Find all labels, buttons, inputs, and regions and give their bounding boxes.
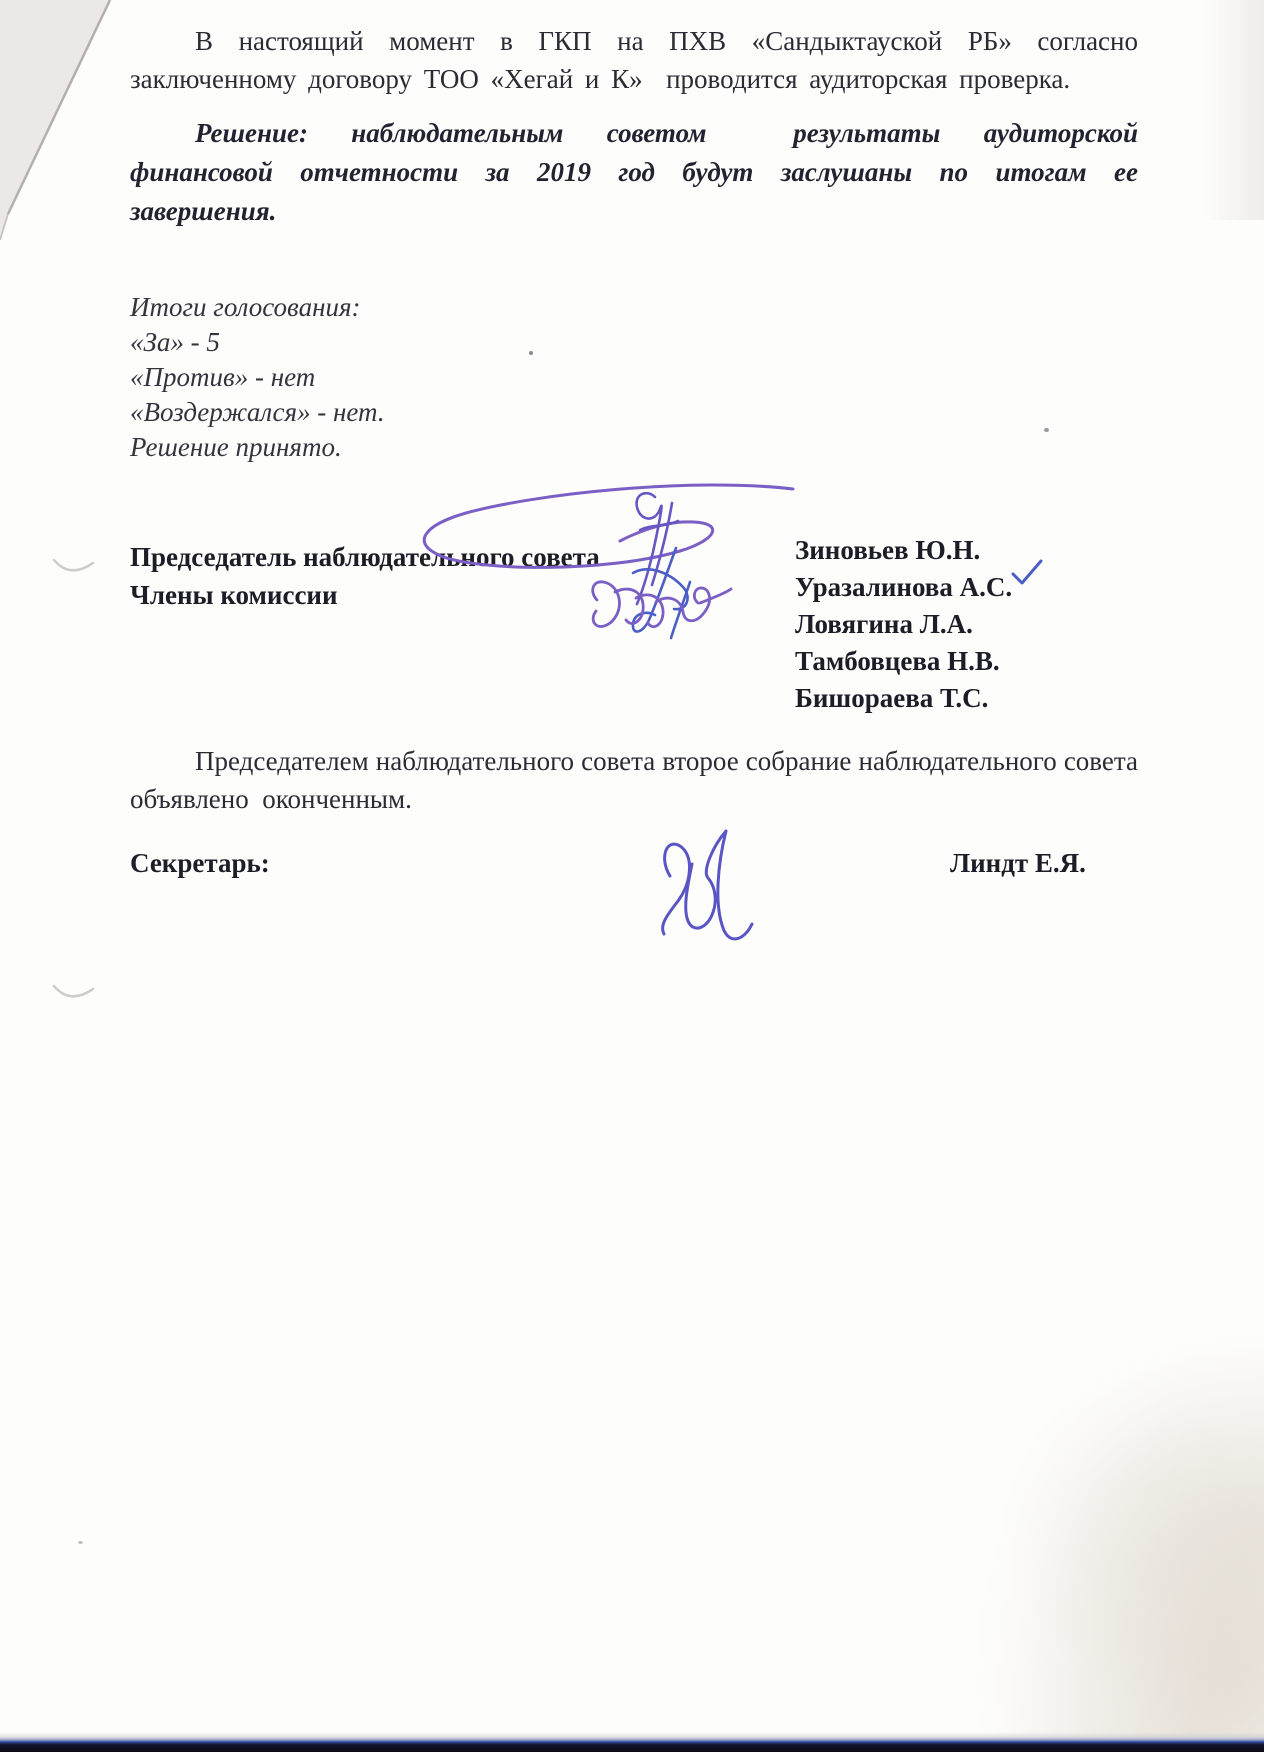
members-label: Члены комиссии <box>130 576 600 614</box>
voting-line-against: «Против» - нет <box>130 360 385 395</box>
member-signature-ink-1 <box>633 548 690 638</box>
closing-paragraph: Председателем наблюдательного совета вто… <box>130 742 1138 818</box>
scan-speck <box>1044 428 1049 432</box>
page-corner-fold <box>0 0 150 260</box>
signatory-name-bishoraeva: Бишораева Т.С. <box>795 680 1012 717</box>
signatory-name-tambovtseva: Тамбовцева Н.В. <box>795 643 1012 680</box>
signatory-name-lovyagina: Ловягина Л.А. <box>795 606 1012 643</box>
intro-paragraph: В настоящий момент в ГКП на ПХВ «Сандыкт… <box>130 22 1138 98</box>
scan-bottom-edge <box>0 1732 1264 1752</box>
scan-speck <box>78 1541 83 1544</box>
chairman-monogram-ink <box>637 493 678 604</box>
chairman-label: Председатель наблюдательного совета <box>130 538 600 576</box>
voting-line-for: «За» - 5 <box>130 325 385 360</box>
decision-paragraph: Решение: наблюдательным советом результа… <box>130 114 1138 231</box>
paper-texture-top-right <box>1204 0 1264 220</box>
signatory-labels: Председатель наблюдательного совета Член… <box>130 538 600 614</box>
signatory-name-zinovev: Зиновьев Ю.Н. <box>795 532 1012 569</box>
signatory-name-urazalinova: Уразалинова А.С. <box>795 569 1012 606</box>
paper-crumple-bottom-right <box>924 1278 1264 1738</box>
voting-line-abstained: «Воздержался» - нет. <box>130 395 385 430</box>
scanned-document-page: В настоящий момент в ГКП на ПХВ «Сандыкт… <box>0 0 1264 1752</box>
voting-title: Итоги голосования: <box>130 290 385 325</box>
approval-checkmark-ink <box>1013 561 1041 583</box>
secretary-signature-ink <box>663 831 752 939</box>
secretary-label: Секретарь: <box>130 848 270 879</box>
scanner-mark-upper <box>54 560 93 570</box>
member-signature-ink-2 <box>593 582 731 627</box>
scan-speck <box>529 351 533 355</box>
secretary-name: Линдт Е.Я. <box>950 848 1086 879</box>
signatory-names: Зиновьев Ю.Н. Уразалинова А.С. Ловягина … <box>795 532 1012 717</box>
scanner-mark-lower <box>54 986 93 996</box>
voting-results-block: Итоги голосования: «За» - 5 «Против» - н… <box>130 290 385 465</box>
voting-line-adopted: Решение принято. <box>130 430 385 465</box>
